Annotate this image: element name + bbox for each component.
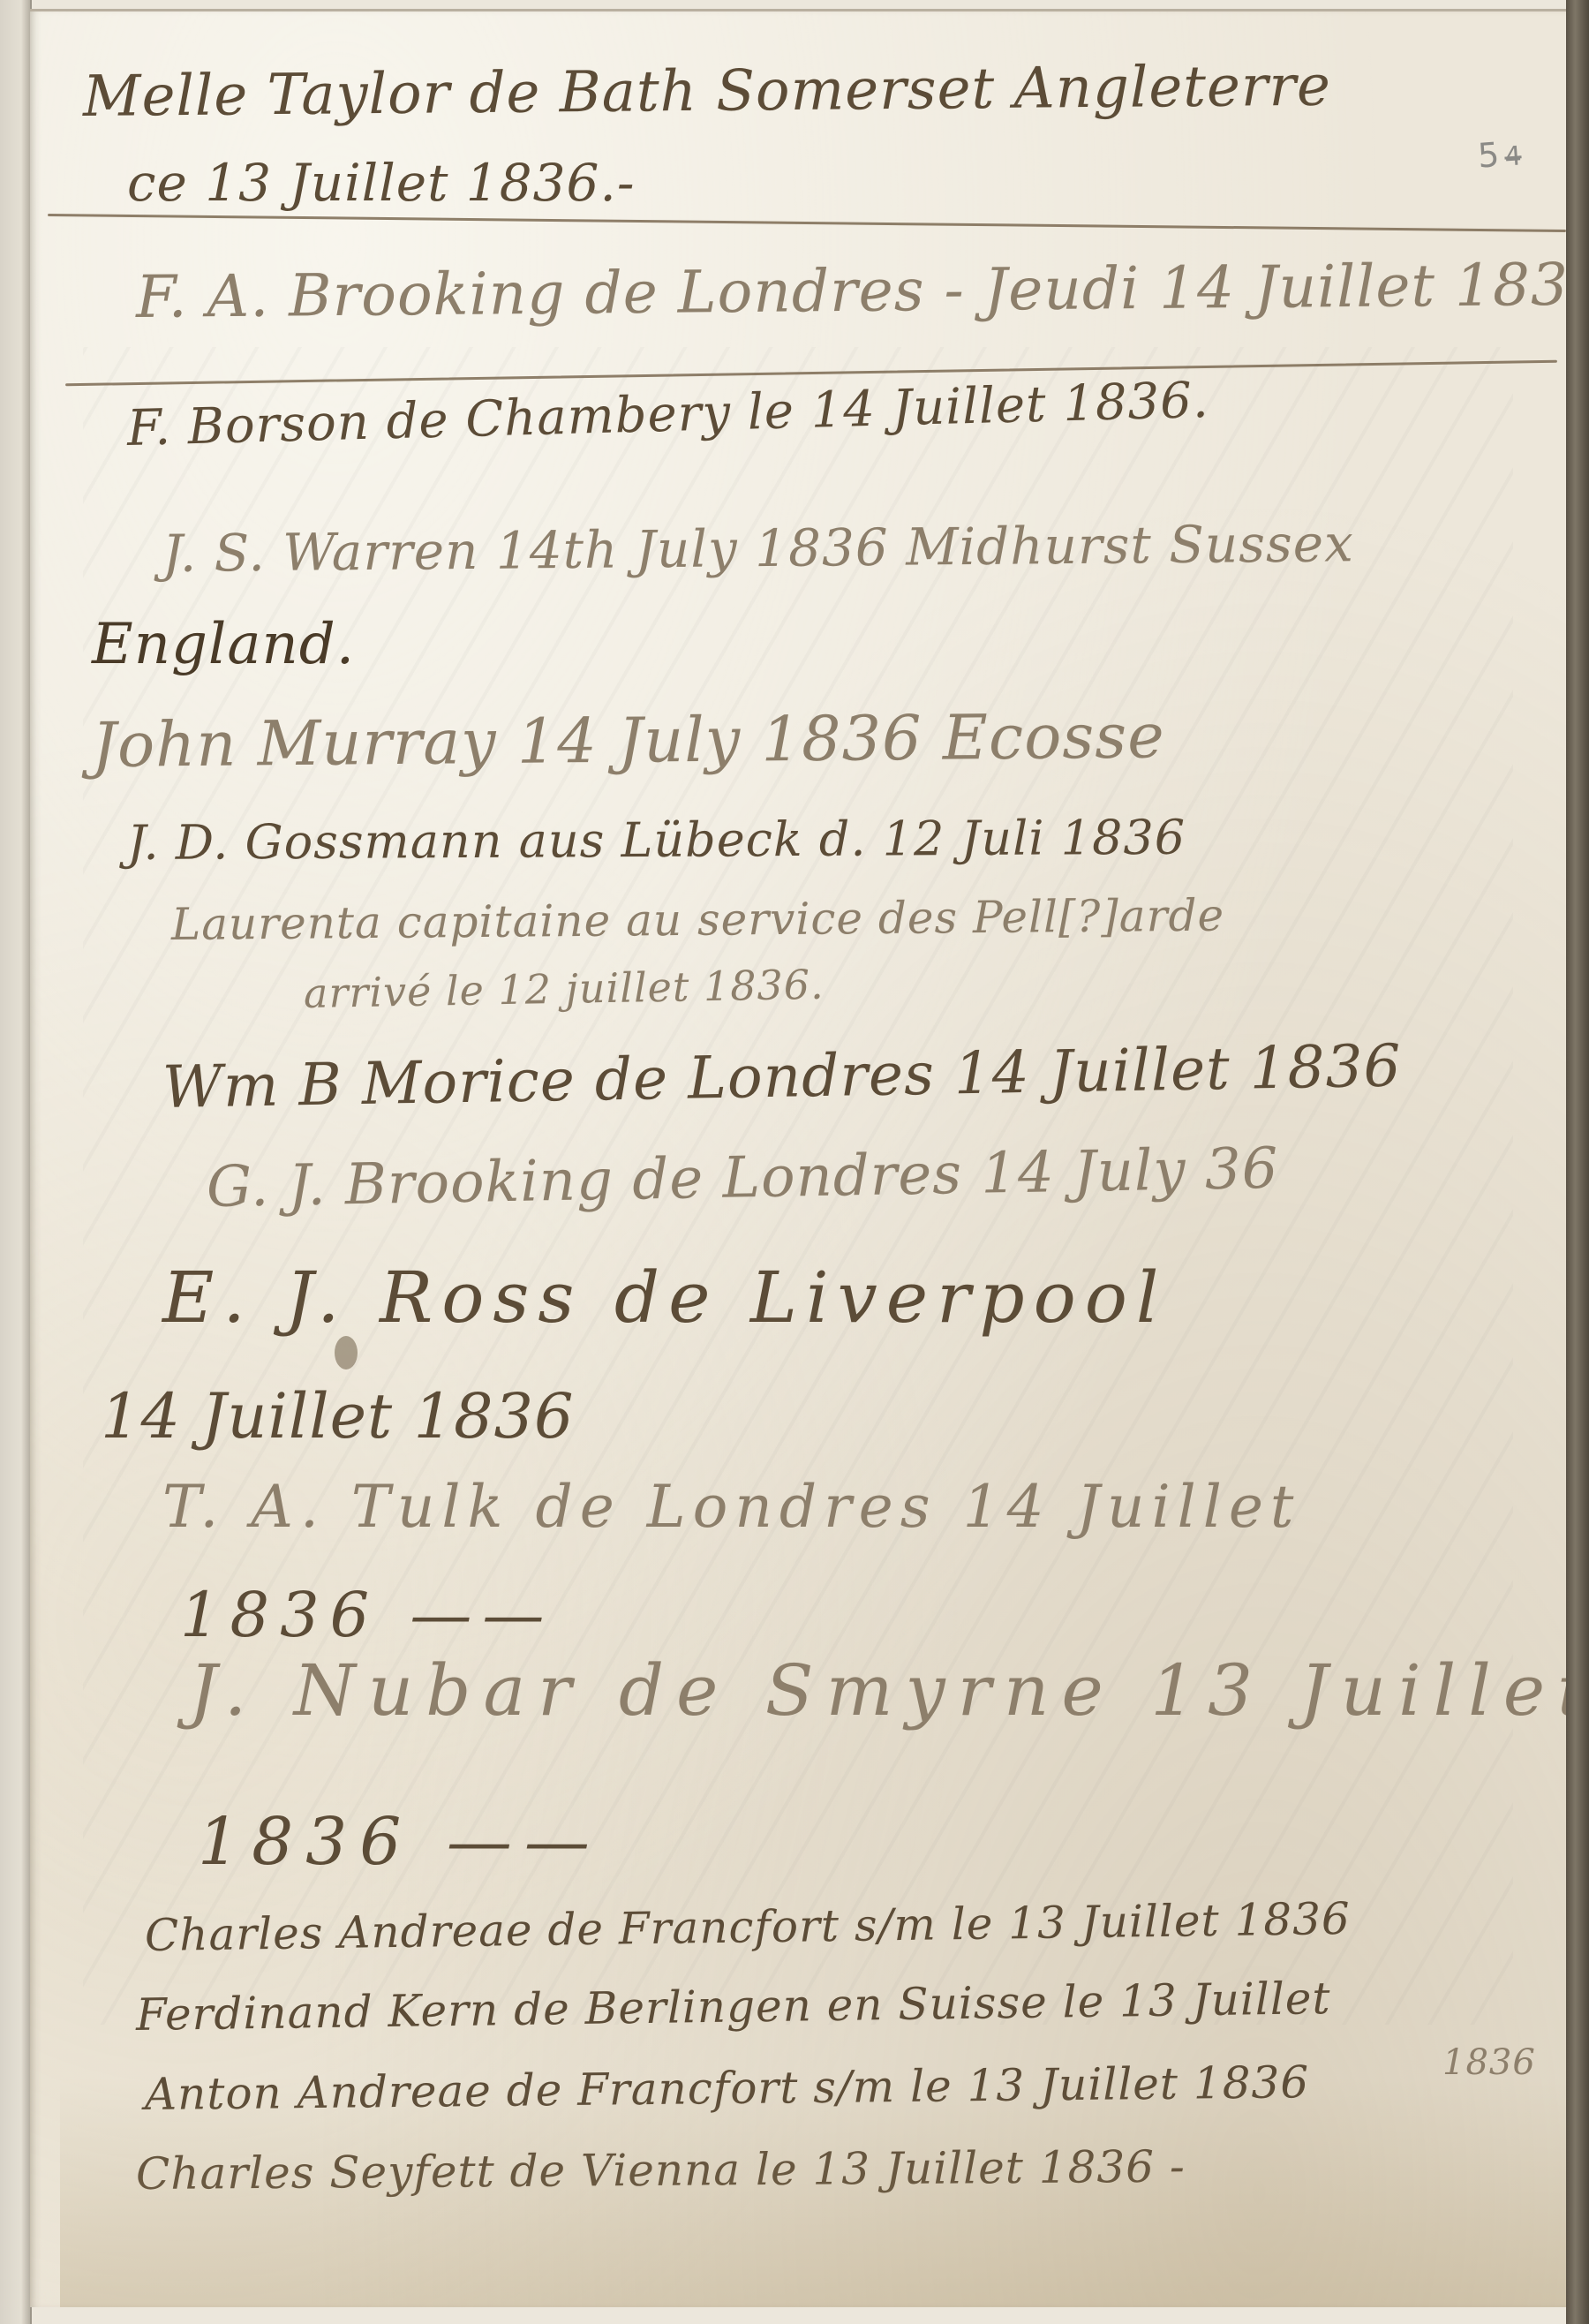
entry-1-line-2: ce 13 Juillet 1836.- — [127, 153, 635, 213]
entry-11-line-2: 1836 —— — [180, 1579, 554, 1651]
ink-blot — [335, 1336, 358, 1369]
entry-7-line-2: arrivé le 12 juillet 1836. — [304, 961, 825, 1017]
folio-number: 54 — [1477, 133, 1523, 175]
divider-rule — [48, 214, 1566, 232]
entry-4-line-1: J. S. Warren 14th July 1836 Midhurst Sus… — [162, 513, 1354, 584]
entry-1-line-1: Melle Taylor de Bath Somerset Angleterre — [83, 54, 1331, 130]
right-margin-note: 1836 — [1442, 2042, 1536, 2083]
entry-8-line-1: Wm B Morice de Londres 14 Juillet 1836 — [162, 1032, 1402, 1121]
entry-6-line-1: J. D. Gossmann aus Lübeck d. 12 Juli 183… — [127, 810, 1186, 871]
entry-7-line-1: Laurenta capitaine au service des Pell[?… — [171, 890, 1225, 950]
entry-12-line-2: 1836 —— — [198, 1804, 602, 1880]
entry-10-line-1: E. J. Ross de Liverpool — [162, 1256, 1168, 1339]
folio-struck: 4 — [1503, 140, 1522, 172]
facing-page-edge — [0, 0, 32, 2324]
book-fore-edge — [1566, 0, 1589, 2324]
folio-current: 5 — [1477, 135, 1501, 176]
entry-10-line-2: 14 Juillet 1836 — [101, 1380, 575, 1452]
book-spread: 54 Melle Taylor de Bath Somerset Anglete… — [0, 0, 1589, 2324]
entry-16-line-1: Charles Seyfett de Vienna le 13 Juillet … — [136, 2141, 1186, 2199]
entry-12-line-1: J. Nubar de Smyrne 13 Juillet — [189, 1649, 1589, 1732]
entry-15-line-1: Anton Andreae de Francfort s/m le 13 Jui… — [145, 2056, 1310, 2120]
entry-4-line-2: England. — [92, 612, 355, 677]
entry-2-line-1: F. A. Brooking de Londres - Jeudi 14 Jui… — [136, 250, 1589, 331]
entry-13-line-1: Charles Andreae de Francfort s/m le 13 J… — [145, 1893, 1352, 1961]
entry-11-line-1: T. A. Tulk de Londres 14 Juillet — [162, 1473, 1300, 1541]
entry-5-line-1: John Murray 14 July 1836 Ecosse — [92, 699, 1165, 781]
entry-9-line-1: G. J. Brooking de Londres 14 July 36 — [206, 1136, 1279, 1220]
register-page: 54 Melle Taylor de Bath Somerset Anglete… — [30, 9, 1571, 2307]
entry-14-line-1: Ferdinand Kern de Berlingen en Suisse le… — [136, 1973, 1331, 2041]
entry-3-line-1: F. Borson de Chambery le 14 Juillet 1836… — [126, 372, 1209, 457]
